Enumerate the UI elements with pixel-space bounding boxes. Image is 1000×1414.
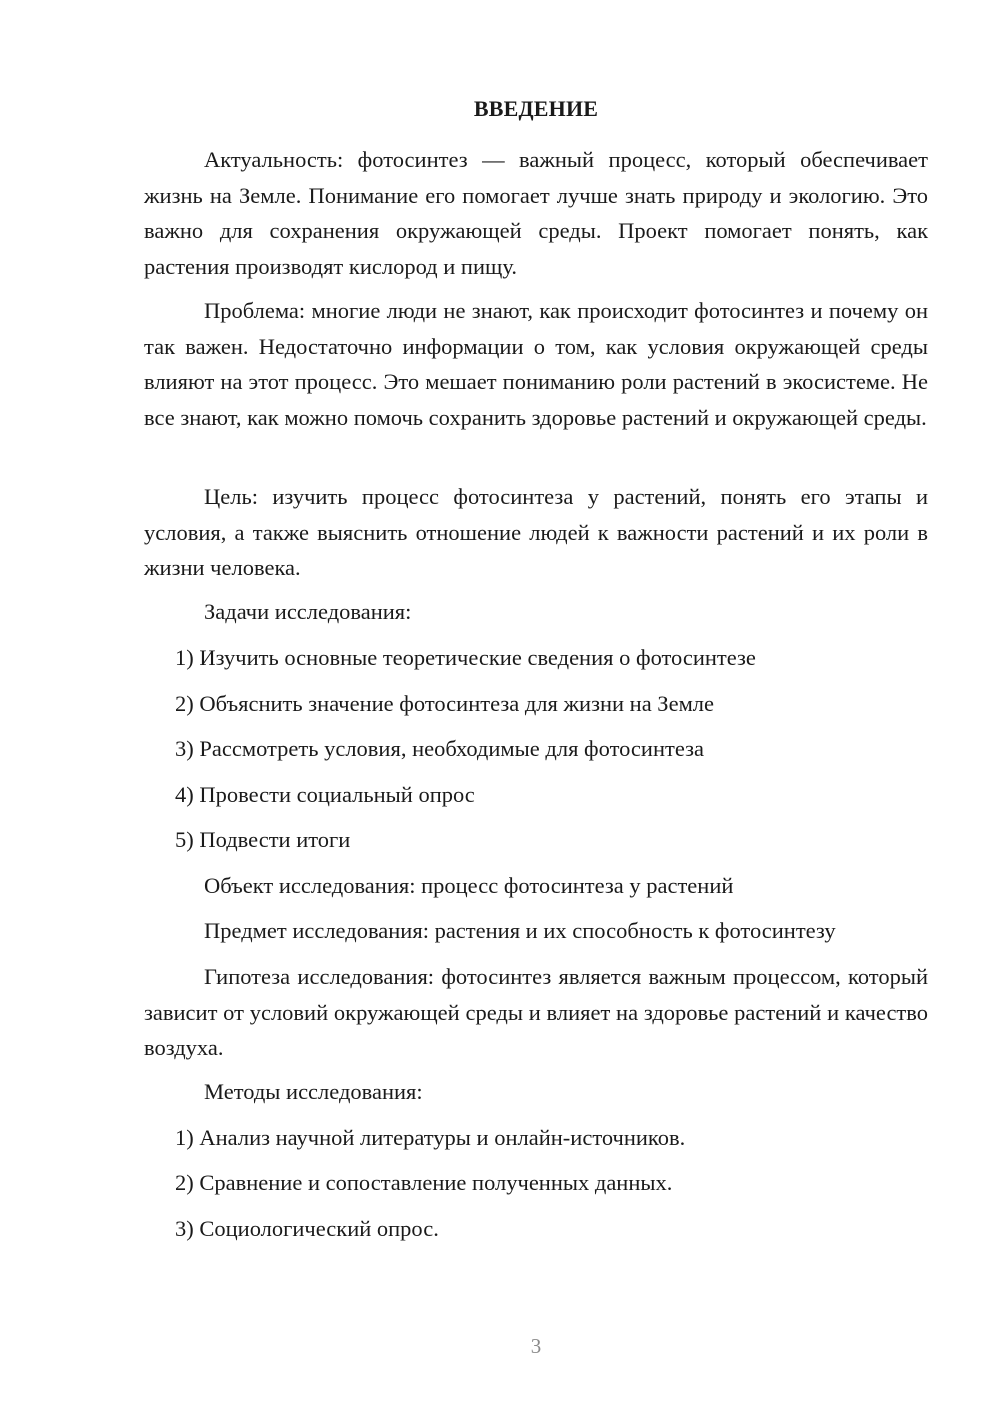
method-item: 1) Анализ научной литературы и онлайн-ис… xyxy=(144,1120,959,1156)
page-number: 3 xyxy=(0,1334,1000,1359)
document-page: ВВЕДЕНИЕ Актуальность: фотосинтез — важн… xyxy=(0,0,1000,1414)
section-heading: ВВЕДЕНИЕ xyxy=(0,96,1000,122)
research-object: Объект исследования: процесс фотосинтеза… xyxy=(144,868,988,904)
goal-paragraph: Цель: изучить процесс фотосинтеза у раст… xyxy=(144,479,928,586)
relevance-paragraph: Актуальность: фотосинтез — важный процес… xyxy=(144,142,928,284)
methods-title: Методы исследования: xyxy=(144,1074,988,1110)
task-item: 2) Объяснить значение фотосинтеза для жи… xyxy=(144,686,959,722)
method-item: 2) Сравнение и сопоставление полученных … xyxy=(144,1165,959,1201)
task-item: 1) Изучить основные теоретические сведен… xyxy=(144,640,959,676)
hypothesis-paragraph: Гипотеза исследования: фотосинтез являет… xyxy=(144,959,928,1066)
method-item: 3) Социологический опрос. xyxy=(144,1211,959,1247)
task-item: 3) Рассмотреть условия, необходимые для … xyxy=(144,731,959,767)
task-item: 4) Провести социальный опрос xyxy=(144,777,959,813)
task-item: 5) Подвести итоги xyxy=(144,822,959,858)
tasks-title: Задачи исследования: xyxy=(144,594,988,630)
research-subject: Предмет исследования: растения и их спос… xyxy=(144,913,988,949)
problem-paragraph: Проблема: многие люди не знают, как прои… xyxy=(144,293,928,435)
